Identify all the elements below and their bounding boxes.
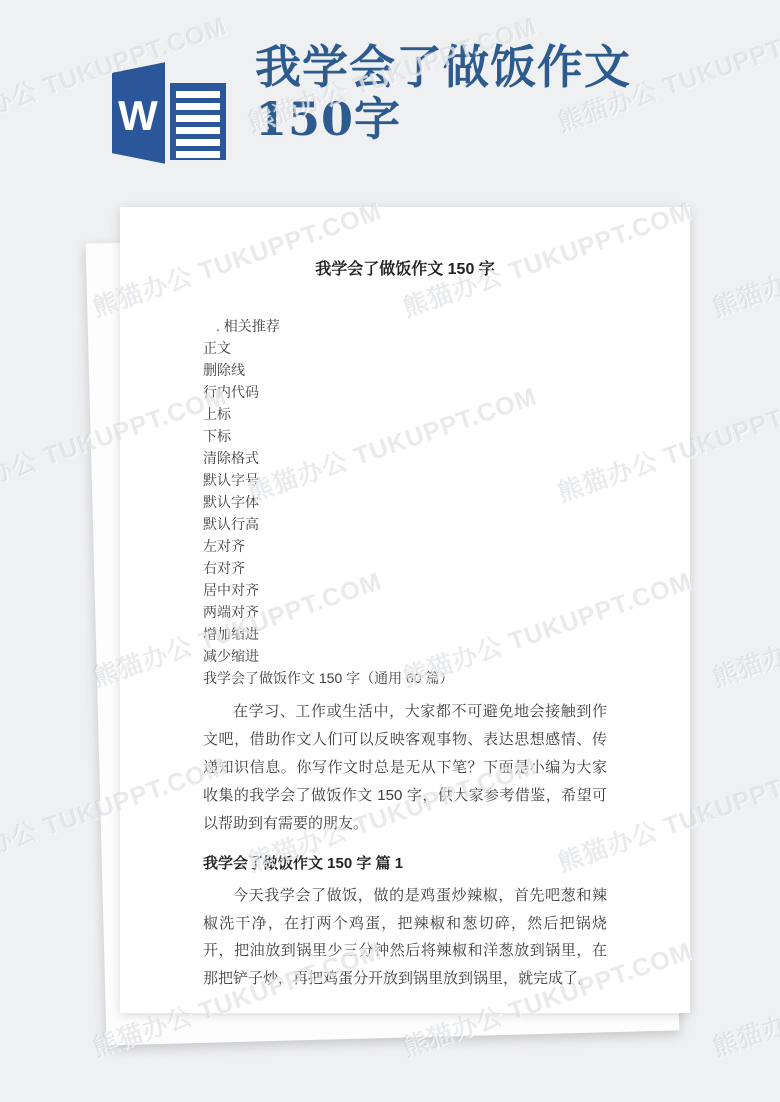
word-icon: W	[104, 60, 228, 168]
watermark-text: 熊猫办公 TUKUPPT.COM	[707, 192, 780, 325]
format-item-label: 默认字号	[203, 469, 607, 491]
document-title: 我学会了做饭作文 150 字	[203, 259, 607, 281]
format-items: 正文删除线行内代码上标下标清除格式默认字号默认字体默认行高左对齐右对齐居中对齐两…	[203, 337, 607, 667]
watermark-text: 熊猫办公 TUKUPPT.COM	[707, 932, 780, 1065]
document-preview-page: 我学会了做饭作文 150 字 . 相关推荐 正文删除线行内代码上标下标清除格式默…	[120, 207, 690, 1013]
format-item-label: 默认行高	[203, 513, 607, 535]
format-item-label: 左对齐	[203, 535, 607, 557]
page-canvas: W 我学会了做饭作文150字 我学会了做饭作文 150 字 . 相关推荐 正文删…	[0, 0, 780, 1102]
intro-paragraph: 在学习、工作或生活中，大家都不可避免地会接触到作文吧，借助作文人们可以反映客观事…	[203, 698, 607, 838]
format-item-label: 居中对齐	[203, 579, 607, 601]
document-format-list: . 相关推荐 正文删除线行内代码上标下标清除格式默认字号默认字体默认行高左对齐右…	[203, 315, 607, 689]
format-item-label: 清除格式	[203, 447, 607, 469]
format-item-label: 上标	[203, 403, 607, 425]
format-item-label: 删除线	[203, 359, 607, 381]
word-icon-letter: W	[118, 92, 158, 139]
document-subtitle: 我学会了做饭作文 150 字（通用 60 篇）	[203, 667, 607, 689]
format-item-label: 增加缩进	[203, 623, 607, 645]
related-recommend-label: . 相关推荐	[203, 315, 607, 337]
section1-heading: 我学会了做饭作文 150 字 篇 1	[203, 853, 607, 875]
section1-paragraph: 今天我学会了做饭，做的是鸡蛋炒辣椒，首先吧葱和辣椒洗干净，在打两个鸡蛋，把辣椒和…	[203, 882, 607, 992]
format-item-label: 下标	[203, 425, 607, 447]
format-item-label: 正文	[203, 337, 607, 359]
page-title: 我学会了做饭作文150字	[255, 42, 643, 146]
format-item-label: 两端对齐	[203, 601, 607, 623]
format-item-label: 减少缩进	[203, 645, 607, 667]
watermark-text: 熊猫办公 TUKUPPT.COM	[707, 562, 780, 695]
format-item-label: 右对齐	[203, 557, 607, 579]
format-item-label: 行内代码	[203, 381, 607, 403]
format-item-label: 默认字体	[203, 491, 607, 513]
header-banner: W 我学会了做饭作文150字	[0, 0, 780, 200]
